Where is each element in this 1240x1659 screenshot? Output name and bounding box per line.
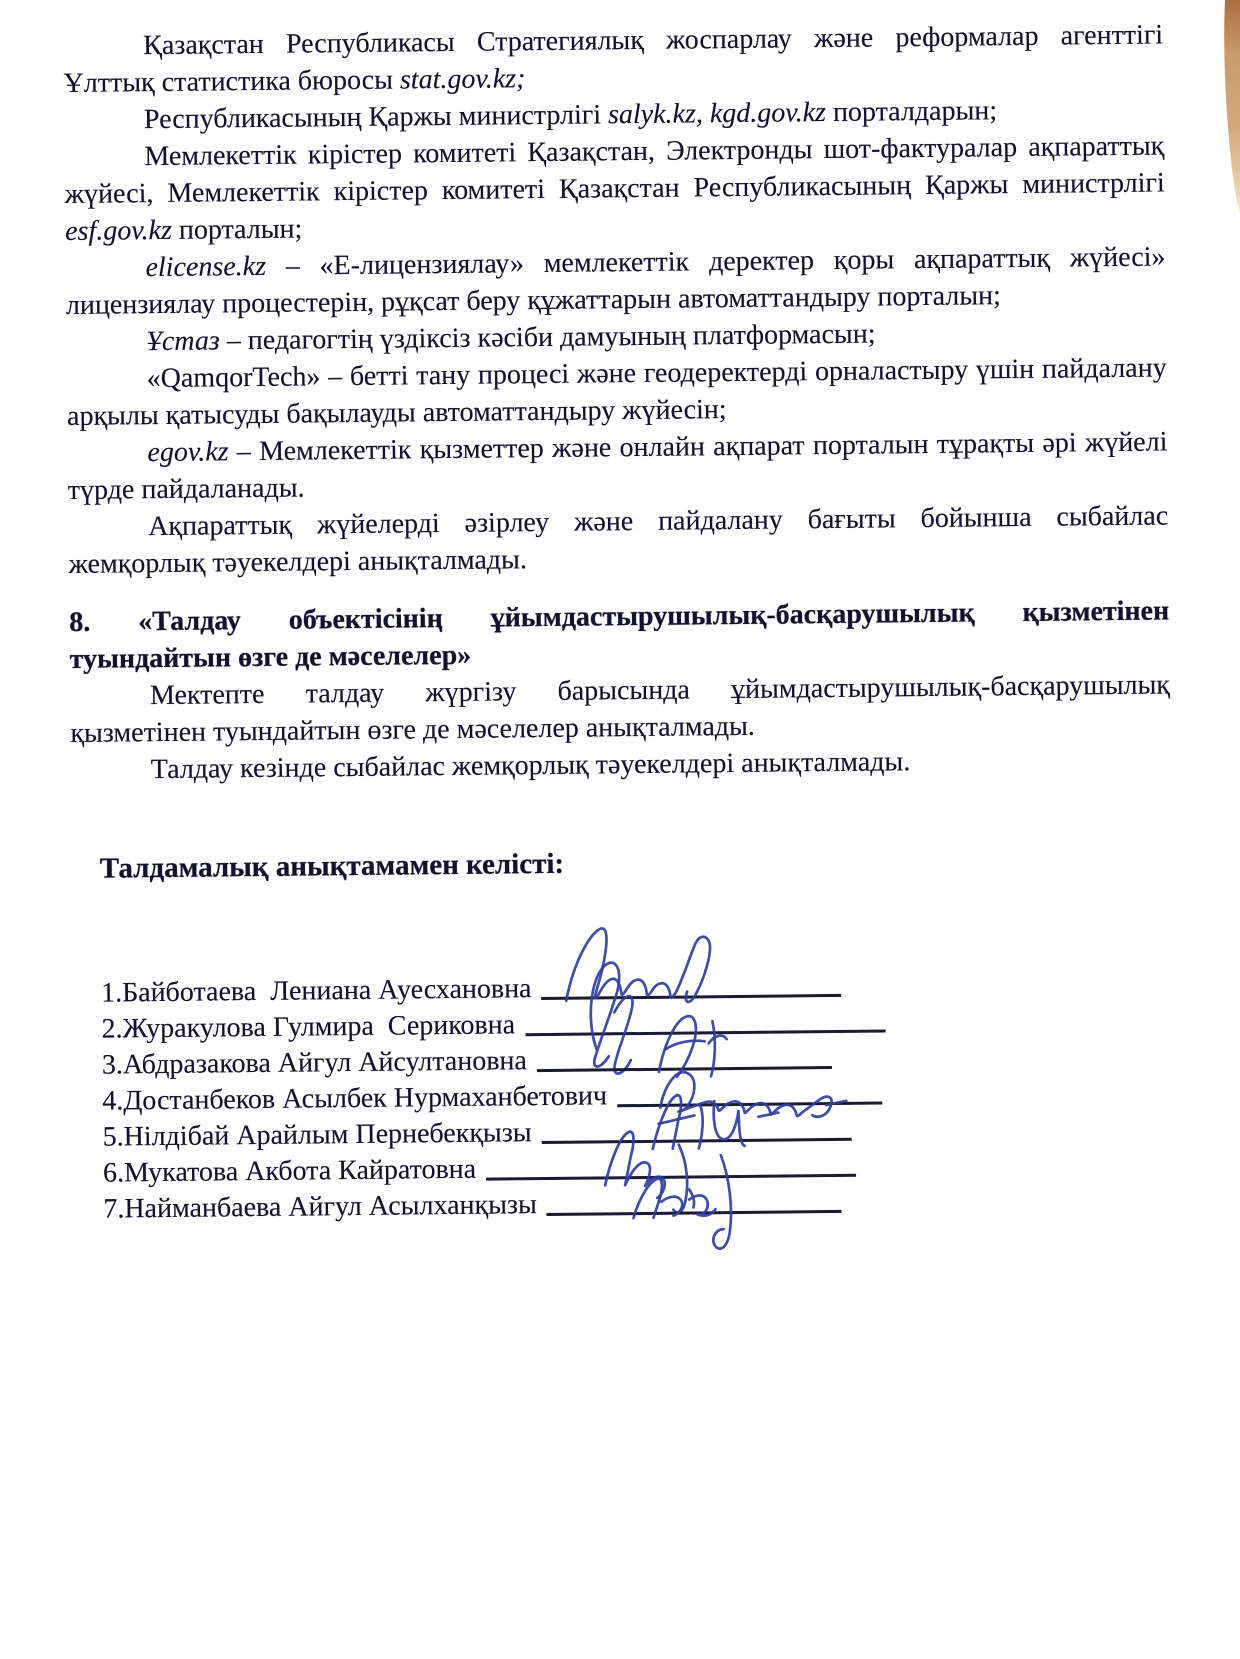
signature-line <box>486 1173 856 1181</box>
signature-line <box>542 993 842 1000</box>
paragraph-egov: egov.kz – Мемлекеттік қызметтер және онл… <box>67 423 1168 509</box>
signature-line <box>537 1065 832 1072</box>
signer-name: 5.Нілдібай Арайлым Пернебекқызы <box>102 1117 531 1152</box>
domain-text: salyk.kz, kgd.gov.kz <box>608 97 826 130</box>
paragraph-no-corruption-risks: Ақпараттық жүйелерді әзірлеу және пайдал… <box>68 497 1169 583</box>
signature-line <box>542 1137 852 1144</box>
signer-name: 3.Абдразакова Айгул Айсултановна <box>102 1045 527 1080</box>
scan-edge-artifact <box>1224 0 1240 220</box>
paragraph-elicense: elicense.kz – «Е-лицензиялау» мемлекетті… <box>65 238 1166 324</box>
text-segment: порталдарын; <box>826 95 997 128</box>
text-segment: – Мемлекеттік қызметтер және онлайн ақпа… <box>68 426 1168 506</box>
signature-line <box>617 1100 882 1107</box>
signer-name: 7.Найманбаева Айгул Асылханқызы <box>103 1189 537 1225</box>
document-content: Қазақстан Республикасы Стратегиялық жосп… <box>63 16 1176 1227</box>
signer-list: 1.Байботаева Лениана Ауесхановна 2.Журак… <box>101 964 1176 1227</box>
paragraph-qamqortech: «QamqorTech» – бетті тану процесі және г… <box>66 349 1167 435</box>
text-segment: порталын; <box>172 214 303 246</box>
paragraph-stat-bureau: Қазақстан Республикасы Стратегиялық жосп… <box>63 16 1164 102</box>
text-segment: Республикасының Қаржы министрлігі <box>144 99 608 135</box>
domain-text: esf.gov.kz <box>65 215 172 247</box>
text-segment: – педагогтің үздіксіз кәсіби дамуының пл… <box>220 319 876 357</box>
signer-name: 4.Достанбеков Асылбек Нурмаханбетович <box>102 1080 607 1116</box>
scanned-document-page: Қазақстан Республикасы Стратегиялық жосп… <box>0 0 1240 1659</box>
domain-text: egov.kz <box>147 436 228 468</box>
text-segment: Қазақстан Республикасы Стратегиялық жосп… <box>63 19 1163 99</box>
paragraph-esf-portal: Мемлекеттік кірістер комитеті Қазақстан,… <box>64 127 1165 250</box>
signer-name: 2.Журакулова Гулмира Сериковна <box>101 1009 515 1044</box>
signature-line <box>525 1028 885 1036</box>
platform-name-text: Ұстаз <box>146 325 220 357</box>
domain-text: stat.gov.kz; <box>400 63 526 95</box>
signer-name: 1.Байботаева Лениана Ауесхановна <box>101 973 532 1009</box>
text-segment: Мемлекеттік кірістер комитеті Қазақстан,… <box>65 130 1165 210</box>
section-8-heading: 8. «Талдау объектісінің ұйымдастырушылық… <box>69 592 1170 678</box>
domain-text: elicense.kz <box>145 251 266 283</box>
agreement-label: Талдамалық анықтамамен келісті: <box>100 839 1172 887</box>
paragraph-school-analysis: Мектепте талдау жүргізу барысында ұйымда… <box>70 666 1171 752</box>
text-segment: Ақпараттық жүйелерді әзірлеу және пайдал… <box>68 500 1168 580</box>
signature-line <box>547 1209 842 1216</box>
text-segment: «QamqorTech» – бетті тану процесі және г… <box>67 352 1167 432</box>
signer-name: 6.Мукатова Акбота Кайратовна <box>103 1154 476 1189</box>
